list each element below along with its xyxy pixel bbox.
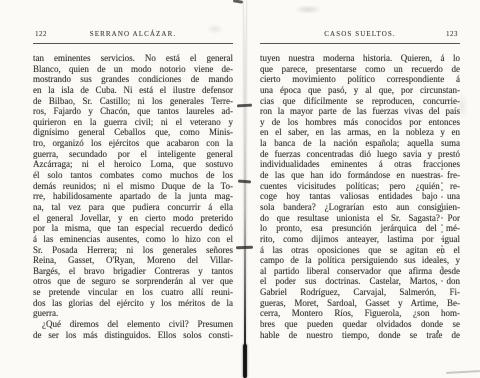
left-page: 122 SERRANO ALCÁZAR. tan eminentes servi… bbox=[33, 30, 233, 340]
text-line: que parece, presentarse como un recuerdo… bbox=[260, 64, 460, 75]
text-line: guerra, secundado por el inteligente gen… bbox=[33, 149, 233, 160]
gutter-ink-mark bbox=[233, 0, 243, 4]
text-line: demás reunidos; ni el mismo Duque de la … bbox=[33, 181, 233, 192]
text-line: hable de nuestro tiempo, donde se trate … bbox=[260, 330, 460, 341]
right-header-rule bbox=[260, 43, 460, 44]
gutter-stitch-mark bbox=[236, 246, 253, 250]
text-line: cias que difícilmente se reproducen, con… bbox=[260, 96, 460, 107]
text-line: se pretende vincular en los cuatro allí … bbox=[33, 287, 233, 298]
left-body-text: tan eminentes servicios. No está el gene… bbox=[33, 53, 233, 340]
text-line: bres que pueden quedar olvidados donde s… bbox=[260, 319, 460, 330]
text-line: Gabriel Rodríguez, Carvajal, Salmerón, F… bbox=[260, 287, 460, 298]
text-line: ron la mayor parte de las fuerzas vivas … bbox=[260, 106, 460, 117]
text-line: de las que han ido formándose en nuestra… bbox=[260, 170, 460, 181]
text-line: tan eminentes servicios. No está el gene… bbox=[33, 53, 233, 64]
text-line: sola bandera? ¿Lograrían esto aun consig… bbox=[260, 202, 460, 213]
text-line: tro, organizó los ejércitos que acabaron… bbox=[33, 138, 233, 149]
book-spread-scan: 122 SERRANO ALCÁZAR. tan eminentes servi… bbox=[0, 0, 480, 378]
text-line: cierto movimiento político correspondien… bbox=[260, 74, 460, 85]
text-line: en la isla de Cuba. Ni está el ilustre d… bbox=[33, 85, 233, 96]
text-line: por la misma, que tan especial recuerdo … bbox=[33, 223, 233, 234]
gutter-stitch-mark bbox=[238, 180, 251, 184]
text-line: á las otras oposiciones que se agitan en… bbox=[260, 245, 460, 256]
right-running-header: CASOS SUELTOS. bbox=[260, 30, 460, 38]
text-line: de Bilbao, Sr. Castillo; ni los generale… bbox=[33, 96, 233, 107]
text-line: quirieron en la guerra civil; ni el vete… bbox=[33, 117, 233, 128]
text-line: rre, habilidosamente apartado de la junt… bbox=[33, 191, 233, 202]
right-running-header-row: CASOS SUELTOS. 123 bbox=[260, 30, 460, 39]
text-line: gueras, Moret, Sardoal, Gasset y Artime,… bbox=[260, 298, 460, 309]
right-page-number: 123 bbox=[446, 30, 458, 38]
text-line: otros que de seguro se sorprenderán al v… bbox=[33, 276, 233, 287]
text-line: dignísimo general Ceballos que, como Min… bbox=[33, 127, 233, 138]
text-line: en el saber, en las armas, en la nobleza… bbox=[260, 127, 460, 138]
text-line: lo pronto, esa presunción jerárquica del… bbox=[260, 223, 460, 234]
text-line: Azcárraga; ni el heroico Loma, que sostu… bbox=[33, 159, 233, 170]
right-page: CASOS SUELTOS. 123 tuyen nuestra moderna… bbox=[260, 30, 460, 340]
text-line: do que resultase unionista el Sr. Sagast… bbox=[260, 213, 460, 224]
scan-smudge bbox=[206, 24, 224, 34]
text-line: tuyen nuestra moderna historia. Quieren,… bbox=[260, 53, 460, 64]
text-line: cerra, Montero Ríos, Figuerola, ¿son hom… bbox=[260, 308, 460, 319]
left-header-rule bbox=[33, 43, 233, 44]
text-line: coge hoy tantas valiosas entidades bajo … bbox=[260, 191, 460, 202]
text-line: individualidades eminentes á otras fracc… bbox=[260, 159, 460, 170]
text-line: á las eminencias ausentes, como lo hizo … bbox=[33, 234, 233, 245]
text-line: rito, como dijimos anteayer, lastima por… bbox=[260, 234, 460, 245]
text-line: el general Jovellar, y en cierto modo pr… bbox=[33, 213, 233, 224]
page-edge-line bbox=[446, 370, 480, 374]
text-line: y de los hombres más conocidos por enton… bbox=[260, 117, 460, 128]
text-line: Sr. Posada Herrera; ni los generales señ… bbox=[33, 245, 233, 256]
text-line: Blanco, quien de un modo notorio viene d… bbox=[33, 64, 233, 75]
left-running-header: SERRANO ALCÁZAR. bbox=[33, 30, 233, 38]
text-line: na, tal vez para que pudiera concurrir á… bbox=[33, 202, 233, 213]
gutter-shadow bbox=[244, 0, 246, 378]
text-line: cuentes vicisitudes políticas; pero ¿qui… bbox=[260, 181, 460, 192]
left-running-header-row: 122 SERRANO ALCÁZAR. bbox=[33, 30, 233, 39]
text-line: una época que pasó, y al que, por circun… bbox=[260, 85, 460, 96]
gutter-stitch-mark bbox=[237, 104, 252, 108]
scan-smudge bbox=[456, 92, 468, 120]
text-line: campo de la política persiguiendo sus id… bbox=[260, 255, 460, 266]
text-line: ros, Fajardo y Chacón, que tantos laurel… bbox=[33, 106, 233, 117]
text-line: mostrando sus grandes condiciones de man… bbox=[33, 74, 233, 85]
scan-smudge bbox=[294, 5, 322, 14]
text-line: guerra. bbox=[33, 308, 233, 319]
text-line: el poder sus doctrinas. Castelar, Martos… bbox=[260, 276, 460, 287]
page-edge-bleed-marks bbox=[441, 168, 443, 284]
gutter-ink-blob bbox=[243, 344, 247, 378]
text-line: dos las glorias del ejército y los mérit… bbox=[33, 298, 233, 309]
text-line: de fuerzas concentradas dió luego savia … bbox=[260, 149, 460, 160]
right-body-text: tuyen nuestra moderna historia. Quieren,… bbox=[260, 53, 460, 340]
text-line: ¿Qué diremos del elemento civil? Presume… bbox=[33, 319, 233, 330]
text-line: él solo tantos combates como muchos de l… bbox=[33, 170, 233, 181]
text-line: Bargés, el bravo brigadier Contreras y t… bbox=[33, 266, 233, 277]
text-line: de ser los más distinguidos. Ellos solos… bbox=[33, 330, 233, 341]
text-line: al partido liberal conservador que afirm… bbox=[260, 266, 460, 277]
ink-speck bbox=[437, 330, 439, 333]
text-line: la banca de la nación española; aquella … bbox=[260, 138, 460, 149]
text-line: Reina, Gasset, O'Ryan, Moreno del Villar… bbox=[33, 255, 233, 266]
